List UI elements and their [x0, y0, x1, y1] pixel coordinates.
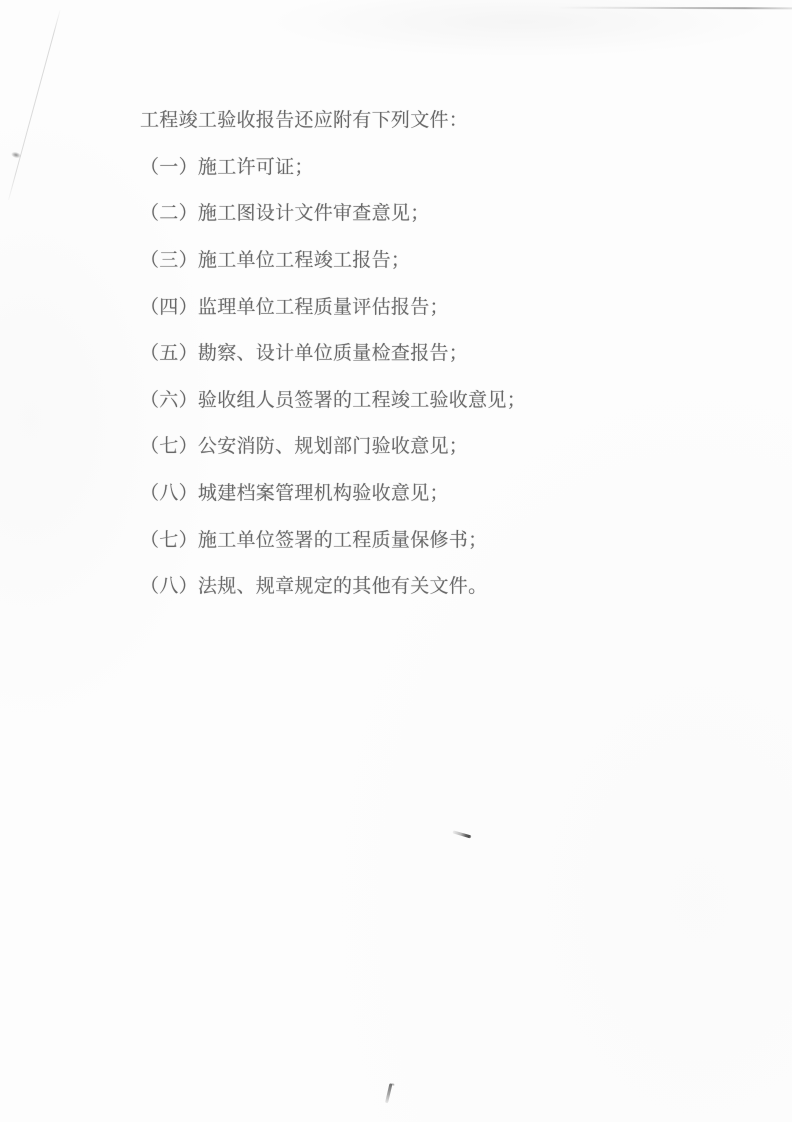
- list-item: （三）施工单位工程竣工报告；: [140, 238, 526, 285]
- scanned-page: 工程竣工验收报告还应附有下列文件： （一）施工许可证； （二）施工图设计文件审查…: [0, 0, 792, 1122]
- list-item: （二）施工图设计文件审查意见；: [140, 191, 526, 238]
- document-text-block: 工程竣工验收报告还应附有下列文件： （一）施工许可证； （二）施工图设计文件审查…: [140, 98, 526, 611]
- scanline-artifact: [556, 7, 792, 10]
- pen-mark-artifact: [385, 1083, 392, 1103]
- ink-smudge-stroke: [452, 830, 471, 838]
- list-item: （五）勘察、设计单位质量检查报告；: [140, 331, 526, 378]
- list-item: （一）施工许可证；: [140, 145, 526, 192]
- heading-line: 工程竣工验收报告还应附有下列文件：: [140, 98, 526, 145]
- list-item: （八）法规、规章规定的其他有关文件。: [140, 564, 526, 611]
- list-item: （八）城建档案管理机构验收意见；: [140, 471, 526, 518]
- list-item: （六）验收组人员签署的工程竣工验收意见；: [140, 378, 526, 425]
- list-item: （四）监理单位工程质量评估报告；: [140, 285, 526, 332]
- list-item: （七）施工单位签署的工程质量保修书；: [140, 518, 526, 565]
- ink-smudge-artifact: [451, 827, 474, 844]
- list-item: （七）公安消防、规划部门验收意见；: [140, 424, 526, 471]
- crease-line-artifact: [8, 10, 61, 200]
- crease-nick-artifact: [10, 151, 21, 159]
